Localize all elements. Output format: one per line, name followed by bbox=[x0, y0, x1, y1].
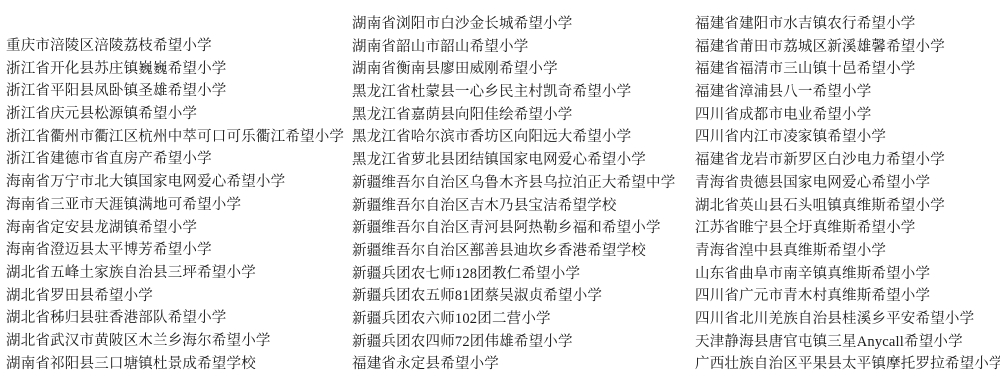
school-list-item: 浙江省平阳县凤卧镇圣雄希望小学 bbox=[6, 80, 344, 103]
school-list-item: 海南省万宁市北大镇国家电网爱心希望小学 bbox=[6, 171, 344, 194]
school-list-item: 新疆兵团农四师72团伟雄希望小学 bbox=[352, 331, 675, 354]
school-list-item: 黑龙江省萝北县团结镇国家电网爱心希望小学 bbox=[352, 149, 675, 172]
school-list-item: 新疆维吾尔自治区鄯善县迪坎乡香港希望学校 bbox=[352, 240, 675, 263]
school-list-item: 青海省湟中县真维斯希望小学 bbox=[695, 240, 1000, 263]
school-list-column-middle: 湖南省浏阳市白沙金长城希望小学 湖南省韶山市韶山希望小学 湖南省衡南县廖田威刚希… bbox=[352, 13, 675, 376]
school-list-item: 福建省漳浦县八一希望小学 bbox=[695, 81, 1000, 104]
school-list-item: 黑龙江省嘉荫县向阳佳绘希望小学 bbox=[352, 104, 675, 127]
school-list-item: 福建省建阳市水吉镇农行希望小学 bbox=[695, 13, 1000, 36]
school-list-column-left: 重庆市涪陵区涪陵荔枝希望小学 浙江省开化县苏庄镇巍巍希望小学 浙江省平阳县凤卧镇… bbox=[6, 35, 344, 375]
school-list-item: 湖北省英山县石头咀镇真维斯希望小学 bbox=[695, 195, 1000, 218]
school-list-item: 新疆维吾尔自治区吉木乃县宝洁希望学校 bbox=[352, 195, 675, 218]
school-list-item: 新疆兵团农六师102团二营小学 bbox=[352, 308, 675, 331]
school-list-item: 黑龙江省杜蒙县一心乡民主村凯奇希望小学 bbox=[352, 81, 675, 104]
school-list-item: 湖北省武汉市黄陂区木兰乡海尔希望小学 bbox=[6, 330, 344, 353]
school-list-item: 湖南省韶山市韶山希望小学 bbox=[352, 36, 675, 59]
school-list-column-right: 福建省建阳市水吉镇农行希望小学 福建省莆田市荔城区新溪雄馨希望小学 福建省福清市… bbox=[695, 13, 1000, 376]
school-list-item: 四川省成都市电业希望小学 bbox=[695, 104, 1000, 127]
school-list-item: 福建省福清市三山镇十邑希望小学 bbox=[695, 58, 1000, 81]
school-list-item: 福建省龙岩市新罗区白沙电力希望小学 bbox=[695, 149, 1000, 172]
school-list-item: 浙江省庆元县松源镇希望小学 bbox=[6, 103, 344, 126]
school-list-document: 重庆市涪陵区涪陵荔枝希望小学 浙江省开化县苏庄镇巍巍希望小学 浙江省平阳县凤卧镇… bbox=[0, 0, 1000, 385]
school-list-item: 新疆兵团农五师81团蔡吴淑贞希望小学 bbox=[352, 285, 675, 308]
school-list-item: 山东省曲阜市南辛镇真维斯希望小学 bbox=[695, 263, 1000, 286]
school-list-item: 福建省莆田市荔城区新溪雄馨希望小学 bbox=[695, 36, 1000, 59]
school-list-item: 海南省三亚市天涯镇满地可希望小学 bbox=[6, 194, 344, 217]
school-list-item: 湖南省浏阳市白沙金长城希望小学 bbox=[352, 13, 675, 36]
school-list-item: 湖北省罗田县希望小学 bbox=[6, 285, 344, 308]
school-list-item: 天津静海县唐官屯镇三星Anycall希望小学 bbox=[695, 331, 1000, 354]
school-list-item: 新疆维吾尔自治区乌鲁木齐县乌拉泊正大希望中学 bbox=[352, 172, 675, 195]
school-list-item: 湖北省五峰土家族自治县三坪希望小学 bbox=[6, 262, 344, 285]
school-list-item: 重庆市涪陵区涪陵荔枝希望小学 bbox=[6, 35, 344, 58]
school-list-item: 江苏省睢宁县仝圩真维斯希望小学 bbox=[695, 217, 1000, 240]
school-list-item: 福建省永定县希望小学 bbox=[352, 353, 675, 376]
school-list-item: 浙江省开化县苏庄镇巍巍希望小学 bbox=[6, 58, 344, 81]
school-list-item: 新疆兵团农七师128团教仁希望小学 bbox=[352, 263, 675, 286]
school-list-item: 浙江省衢州市衢江区杭州中萃可口可乐衢江希望小学 bbox=[6, 126, 344, 149]
school-list-item: 海南省定安县龙湖镇希望小学 bbox=[6, 217, 344, 240]
school-list-item: 新疆维吾尔自治区青河县阿热勒乡福和希望小学 bbox=[352, 217, 675, 240]
school-list-item: 海南省澄迈县太平博芳希望小学 bbox=[6, 239, 344, 262]
school-list-item: 四川省北川羌族自治县桂溪乡平安希望小学 bbox=[695, 308, 1000, 331]
school-list-item: 湖南省衡南县廖田威刚希望小学 bbox=[352, 58, 675, 81]
school-list-item: 湖北省秭归县驻香港部队希望小学 bbox=[6, 307, 344, 330]
school-list-item: 四川省广元市青木村真维斯希望小学 bbox=[695, 285, 1000, 308]
school-list-item: 湖南省祁阳县三口塘镇杜景成希望学校 bbox=[6, 353, 344, 376]
school-list-item: 四川省内江市凌家镇希望小学 bbox=[695, 126, 1000, 149]
school-list-item: 广西壮族自治区平果县太平镇摩托罗拉希望小学 bbox=[695, 353, 1000, 376]
school-list-item: 黑龙江省哈尔滨市香坊区向阳远大希望小学 bbox=[352, 126, 675, 149]
school-list-item: 浙江省建德市省直房产希望小学 bbox=[6, 148, 344, 171]
school-list-item: 青海省贵德县国家电网爱心希望小学 bbox=[695, 172, 1000, 195]
